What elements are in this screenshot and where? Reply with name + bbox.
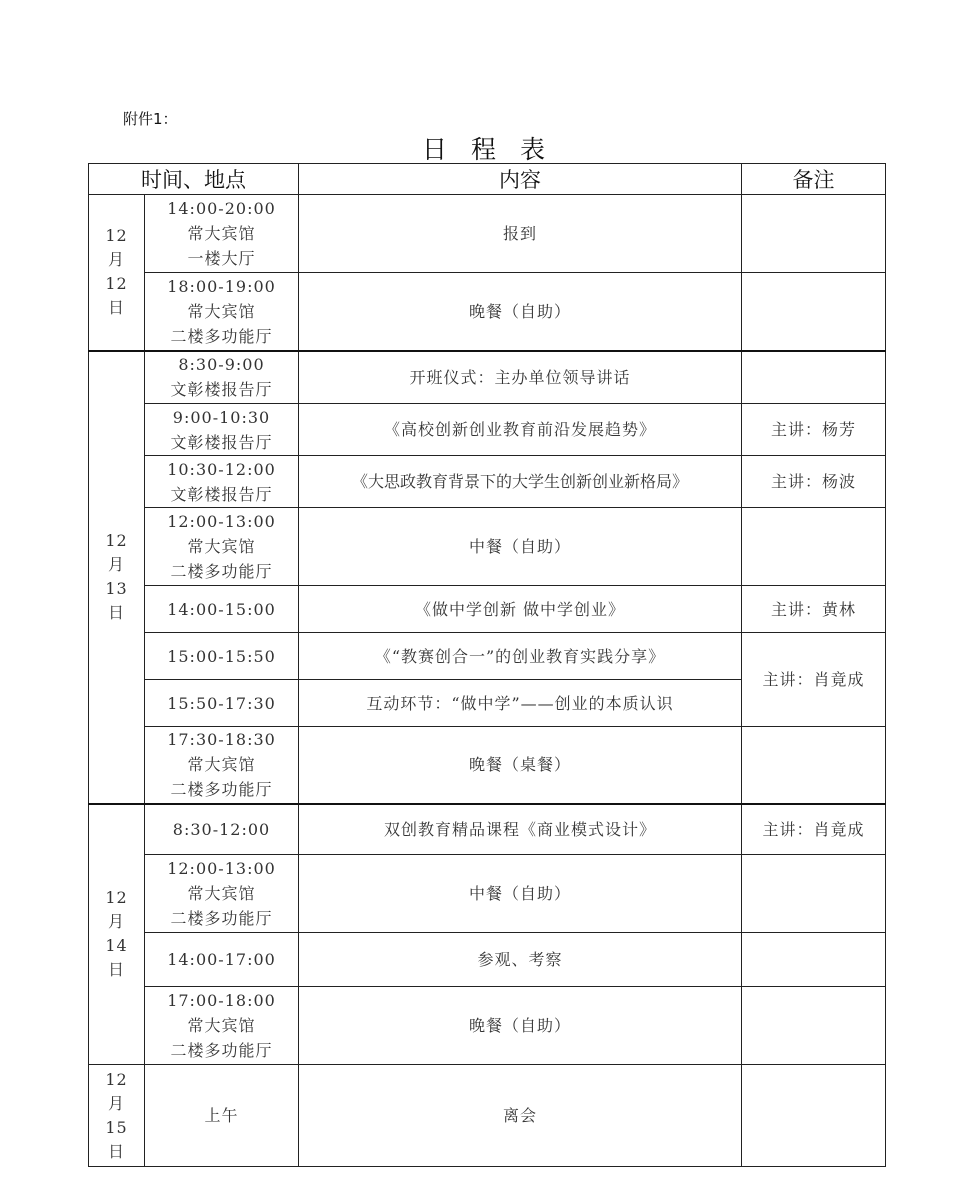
date-text: 日 bbox=[89, 296, 144, 320]
place-text: 二楼多功能厅 bbox=[145, 777, 298, 802]
date-text: 月 bbox=[89, 248, 144, 272]
place-text: 常大宾馆 bbox=[145, 221, 298, 246]
date-text: 12 bbox=[89, 529, 144, 553]
content-cell: 晚餐（自助） bbox=[299, 273, 742, 351]
note-cell: 主讲：肖竟成 bbox=[742, 804, 886, 855]
time-text: 15:00-15:50 bbox=[145, 644, 298, 669]
table-header-row: 时间、地点 内容 备注 bbox=[89, 164, 886, 195]
time-place-cell: 18:00-19:00 常大宾馆 二楼多功能厅 bbox=[145, 273, 299, 351]
place-text: 常大宾馆 bbox=[145, 881, 298, 906]
time-text: 15:50-17:30 bbox=[145, 691, 298, 716]
date-text: 15 bbox=[89, 1116, 144, 1140]
time-text: 8:30-12:00 bbox=[145, 817, 298, 842]
table-row: 12 月 14 日 8:30-12:00 双创教育精品课程《商业模式设计》 主讲… bbox=[89, 804, 886, 855]
content-cell: 《大思政教育背景下的大学生创新创业新格局》 bbox=[299, 456, 742, 508]
date-text: 12 bbox=[89, 224, 144, 248]
table-row: 17:00-18:00 常大宾馆 二楼多功能厅 晚餐（自助） bbox=[89, 987, 886, 1065]
table-row: 12 月 15 日 上午 离会 bbox=[89, 1065, 886, 1167]
place-text: 二楼多功能厅 bbox=[145, 559, 298, 584]
place-text: 二楼多功能厅 bbox=[145, 1038, 298, 1063]
time-text: 9:00-10:30 bbox=[145, 405, 298, 430]
time-text: 12:00-13:00 bbox=[145, 509, 298, 534]
table-row: 9:00-10:30 文彰楼报告厅 《高校创新创业教育前沿发展趋势》 主讲：杨芳 bbox=[89, 404, 886, 456]
page-title: 日 程 表 bbox=[0, 130, 975, 166]
content-cell: 互动环节：“做中学”——创业的本质认识 bbox=[299, 680, 742, 727]
date-cell: 12 月 14 日 bbox=[89, 804, 145, 1065]
header-content: 内容 bbox=[299, 164, 742, 195]
date-text: 月 bbox=[89, 1092, 144, 1116]
date-text: 日 bbox=[89, 1140, 144, 1164]
time-text: 14:00-15:00 bbox=[145, 597, 298, 622]
time-place-cell: 12:00-13:00 常大宾馆 二楼多功能厅 bbox=[145, 508, 299, 586]
note-cell bbox=[742, 195, 886, 273]
place-text: 二楼多功能厅 bbox=[145, 906, 298, 931]
time-text: 14:00-20:00 bbox=[145, 196, 298, 221]
note-cell bbox=[742, 273, 886, 351]
table-row: 10:30-12:00 文彰楼报告厅 《大思政教育背景下的大学生创新创业新格局》… bbox=[89, 456, 886, 508]
note-cell: 主讲：黄林 bbox=[742, 586, 886, 633]
time-text: 17:00-18:00 bbox=[145, 988, 298, 1013]
date-text: 13 bbox=[89, 577, 144, 601]
date-text: 月 bbox=[89, 910, 144, 934]
time-place-cell: 17:00-18:00 常大宾馆 二楼多功能厅 bbox=[145, 987, 299, 1065]
content-cell: 中餐（自助） bbox=[299, 508, 742, 586]
time-text: 18:00-19:00 bbox=[145, 274, 298, 299]
table-row: 17:30-18:30 常大宾馆 二楼多功能厅 晚餐（桌餐） bbox=[89, 727, 886, 804]
place-text: 常大宾馆 bbox=[145, 752, 298, 777]
content-cell: 报到 bbox=[299, 195, 742, 273]
content-cell: 《“教赛创合一”的创业教育实践分享》 bbox=[299, 633, 742, 680]
table-row: 14:00-15:00 《做中学创新 做中学创业》 主讲：黄林 bbox=[89, 586, 886, 633]
time-place-cell: 14:00-17:00 bbox=[145, 933, 299, 987]
note-cell bbox=[742, 1065, 886, 1167]
time-place-cell: 14:00-15:00 bbox=[145, 586, 299, 633]
content-cell: 离会 bbox=[299, 1065, 742, 1167]
date-text: 12 bbox=[89, 1068, 144, 1092]
time-place-cell: 8:30-9:00 文彰楼报告厅 bbox=[145, 351, 299, 404]
content-cell: 开班仪式：主办单位领导讲话 bbox=[299, 351, 742, 404]
schedule-table: 时间、地点 内容 备注 12 月 12 日 14:00-20:00 常大宾馆 一… bbox=[88, 163, 886, 1167]
date-cell: 12 月 12 日 bbox=[89, 195, 145, 351]
time-text: 8:30-9:00 bbox=[145, 352, 298, 377]
content-cell: 双创教育精品课程《商业模式设计》 bbox=[299, 804, 742, 855]
header-notes: 备注 bbox=[742, 164, 886, 195]
time-text: 10:30-12:00 bbox=[145, 457, 298, 482]
place-text: 二楼多功能厅 bbox=[145, 324, 298, 349]
date-text: 12 bbox=[89, 886, 144, 910]
note-cell bbox=[742, 855, 886, 933]
table-row: 15:00-15:50 《“教赛创合一”的创业教育实践分享》 主讲：肖竟成 bbox=[89, 633, 886, 680]
time-text: 上午 bbox=[145, 1103, 298, 1128]
date-text: 日 bbox=[89, 601, 144, 625]
note-cell bbox=[742, 508, 886, 586]
place-text: 常大宾馆 bbox=[145, 299, 298, 324]
time-place-cell: 15:50-17:30 bbox=[145, 680, 299, 727]
time-place-cell: 12:00-13:00 常大宾馆 二楼多功能厅 bbox=[145, 855, 299, 933]
content-cell: 晚餐（桌餐） bbox=[299, 727, 742, 804]
time-place-cell: 17:30-18:30 常大宾馆 二楼多功能厅 bbox=[145, 727, 299, 804]
note-cell: 主讲：杨波 bbox=[742, 456, 886, 508]
note-cell bbox=[742, 933, 886, 987]
table-row: 14:00-17:00 参观、考察 bbox=[89, 933, 886, 987]
note-cell bbox=[742, 351, 886, 404]
date-text: 日 bbox=[89, 958, 144, 982]
place-text: 常大宾馆 bbox=[145, 534, 298, 559]
content-cell: 参观、考察 bbox=[299, 933, 742, 987]
time-text: 14:00-17:00 bbox=[145, 947, 298, 972]
date-text: 月 bbox=[89, 553, 144, 577]
time-place-cell: 15:00-15:50 bbox=[145, 633, 299, 680]
date-cell: 12 月 13 日 bbox=[89, 351, 145, 804]
table-row: 12 月 13 日 8:30-9:00 文彰楼报告厅 开班仪式：主办单位领导讲话 bbox=[89, 351, 886, 404]
date-text: 12 bbox=[89, 272, 144, 296]
note-cell bbox=[742, 987, 886, 1065]
content-cell: 《做中学创新 做中学创业》 bbox=[299, 586, 742, 633]
time-place-cell: 14:00-20:00 常大宾馆 一楼大厅 bbox=[145, 195, 299, 273]
time-place-cell: 9:00-10:30 文彰楼报告厅 bbox=[145, 404, 299, 456]
header-time-place: 时间、地点 bbox=[89, 164, 299, 195]
content-cell: 中餐（自助） bbox=[299, 855, 742, 933]
note-cell: 主讲：肖竟成 bbox=[742, 633, 886, 727]
time-text: 12:00-13:00 bbox=[145, 856, 298, 881]
content-cell: 晚餐（自助） bbox=[299, 987, 742, 1065]
table-row: 12:00-13:00 常大宾馆 二楼多功能厅 中餐（自助） bbox=[89, 508, 886, 586]
place-text: 文彰楼报告厅 bbox=[145, 482, 298, 507]
time-place-cell: 8:30-12:00 bbox=[145, 804, 299, 855]
date-text: 14 bbox=[89, 934, 144, 958]
place-text: 文彰楼报告厅 bbox=[145, 377, 298, 402]
table-row: 12 月 12 日 14:00-20:00 常大宾馆 一楼大厅 报到 bbox=[89, 195, 886, 273]
time-place-cell: 10:30-12:00 文彰楼报告厅 bbox=[145, 456, 299, 508]
place-text: 一楼大厅 bbox=[145, 246, 298, 271]
note-cell bbox=[742, 727, 886, 804]
table-row: 12:00-13:00 常大宾馆 二楼多功能厅 中餐（自助） bbox=[89, 855, 886, 933]
table-row: 18:00-19:00 常大宾馆 二楼多功能厅 晚餐（自助） bbox=[89, 273, 886, 351]
date-cell: 12 月 15 日 bbox=[89, 1065, 145, 1167]
time-place-cell: 上午 bbox=[145, 1065, 299, 1167]
time-text: 17:30-18:30 bbox=[145, 727, 298, 752]
content-cell: 《高校创新创业教育前沿发展趋势》 bbox=[299, 404, 742, 456]
attachment-label: 附件1： bbox=[123, 108, 178, 129]
place-text: 常大宾馆 bbox=[145, 1013, 298, 1038]
note-cell: 主讲：杨芳 bbox=[742, 404, 886, 456]
place-text: 文彰楼报告厅 bbox=[145, 430, 298, 455]
